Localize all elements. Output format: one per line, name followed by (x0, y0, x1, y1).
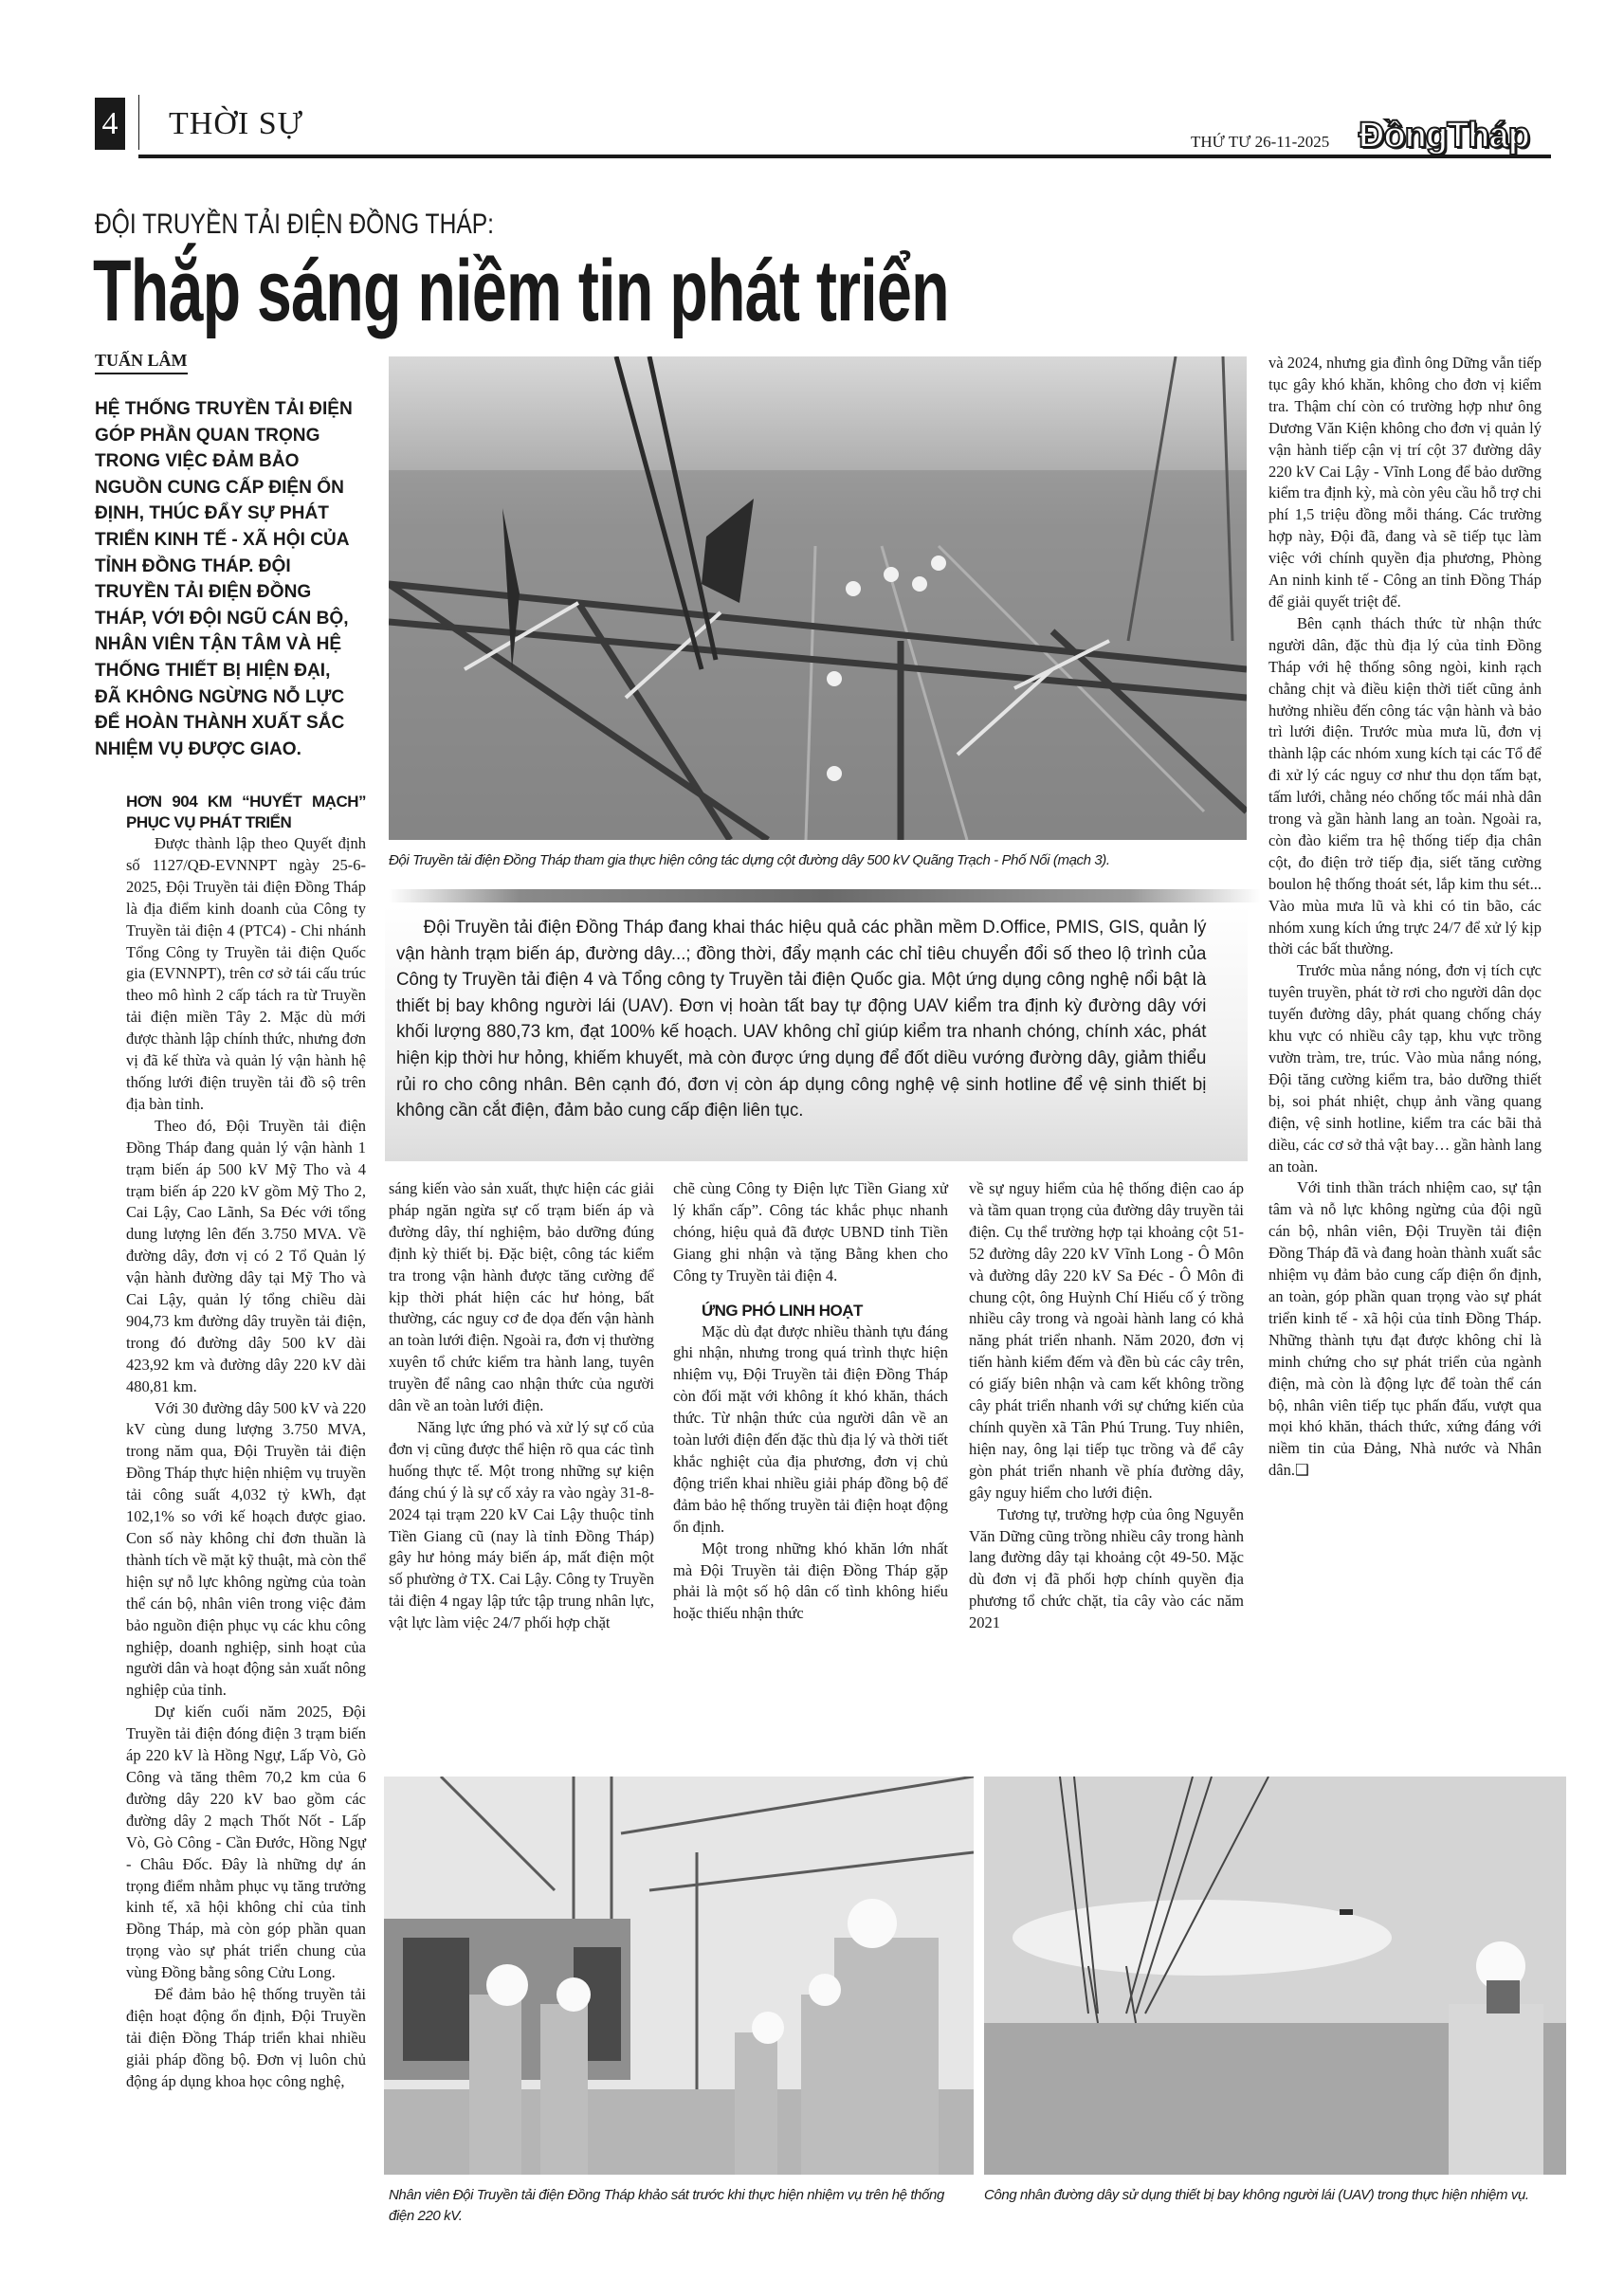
subhead-1: HƠN 904 KM “HUYẾT MẠCH” PHỤC VỤ PHÁT TRI… (126, 792, 366, 833)
highlight-box-text: Đội Truyền tải điện Đồng Tháp đang khai … (396, 915, 1206, 1124)
column-3: chẽ cùng Công ty Điện lực Tiền Giang xử … (673, 1178, 948, 1625)
article-kicker: ĐỘI TRUYỀN TẢI ĐIỆN ĐỒNG THÁP: (95, 209, 494, 241)
column-5: và 2024, nhưng gia đình ông Dững vẫn tiế… (1268, 353, 1542, 1482)
main-photo-caption: Đội Truyền tải điện Đồng Tháp tham gia t… (389, 850, 1247, 871)
page-number: 4 (95, 98, 125, 150)
paragraph: và 2024, nhưng gia đình ông Dững vẫn tiế… (1268, 353, 1542, 613)
paragraph: Với 30 đường dây 500 kV và 220 kV cùng d… (126, 1398, 366, 1703)
column-1: HƠN 904 KM “HUYẾT MẠCH” PHỤC VỤ PHÁT TRI… (126, 792, 366, 2093)
bottom-left-photo-substation (384, 1777, 974, 2175)
column-2: sáng kiến vào sản xuất, thực hiện các gi… (389, 1178, 654, 1634)
section-title: THỜI SỰ (169, 106, 303, 142)
paragraph: Mặc dù đạt được nhiều thành tựu đáng ghi… (673, 1321, 948, 1539)
paragraph: Tương tự, trường hợp của ông Nguyễn Văn … (969, 1504, 1244, 1634)
highlight-box-bar (389, 889, 1261, 902)
header-rule (138, 155, 1551, 158)
article-headline: Thắp sáng niềm tin phát triển (93, 242, 949, 341)
paragraph: Được thành lập theo Quyết định số 1127/Q… (126, 833, 366, 1116)
paragraph: Theo đó, Đội Truyền tải điện Đồng Tháp đ… (126, 1116, 366, 1398)
subhead-2: ỨNG PHÓ LINH HOẠT (673, 1301, 948, 1321)
column-4: về sự nguy hiểm của hệ thống điện cao áp… (969, 1178, 1244, 1634)
paragraph: Bên cạnh thách thức từ nhận thức người d… (1268, 613, 1542, 961)
header-divider (138, 95, 139, 150)
paragraph: Năng lực ứng phó và xử lý sự cố của đơn … (389, 1417, 654, 1634)
uav-operator-image (984, 1777, 1566, 2175)
end-mark-icon: ❑ (1295, 1461, 1309, 1479)
paragraph: Dự kiến cuối năm 2025, Đội Truyền tải đi… (126, 1702, 366, 1984)
byline: TUẤN LÂM (95, 351, 188, 374)
bottom-right-photo-uav (984, 1777, 1566, 2175)
paragraph: chẽ cùng Công ty Điện lực Tiền Giang xử … (673, 1178, 948, 1287)
newspaper-logo: ĐồngTháp (1359, 116, 1529, 156)
paragraph: về sự nguy hiểm của hệ thống điện cao áp… (969, 1178, 1244, 1504)
article-lead: HỆ THỐNG TRUYỀN TẢI ĐIỆN GÓP PHẦN QUAN T… (95, 396, 359, 762)
closing-paragraph: Với tinh thần trách nhiệm cao, sự tận tâ… (1268, 1178, 1542, 1479)
paragraph: sáng kiến vào sản xuất, thực hiện các gi… (389, 1178, 654, 1417)
substation-workers-image (384, 1777, 974, 2175)
highlight-paragraph: Đội Truyền tải điện Đồng Tháp đang khai … (396, 915, 1206, 1124)
bottom-right-caption: Công nhân đường dây sử dụng thiết bị bay… (984, 2185, 1553, 2206)
paragraph: Một trong những khó khăn lớn nhất mà Đội… (673, 1539, 948, 1626)
paragraph: Với tinh thần trách nhiệm cao, sự tận tâ… (1268, 1177, 1542, 1482)
tower-construction-image (389, 356, 1247, 840)
bottom-left-caption: Nhân viên Đội Truyền tải điện Đồng Tháp … (389, 2185, 958, 2227)
paragraph: Trước mùa nắng nóng, đơn vị tích cực tuy… (1268, 960, 1542, 1177)
paragraph: Để đảm bảo hệ thống truyền tải điện hoạt… (126, 1984, 366, 2093)
issue-date: THỨ TƯ 26-11-2025 (1191, 133, 1329, 152)
main-photo-tower-construction (389, 356, 1247, 840)
